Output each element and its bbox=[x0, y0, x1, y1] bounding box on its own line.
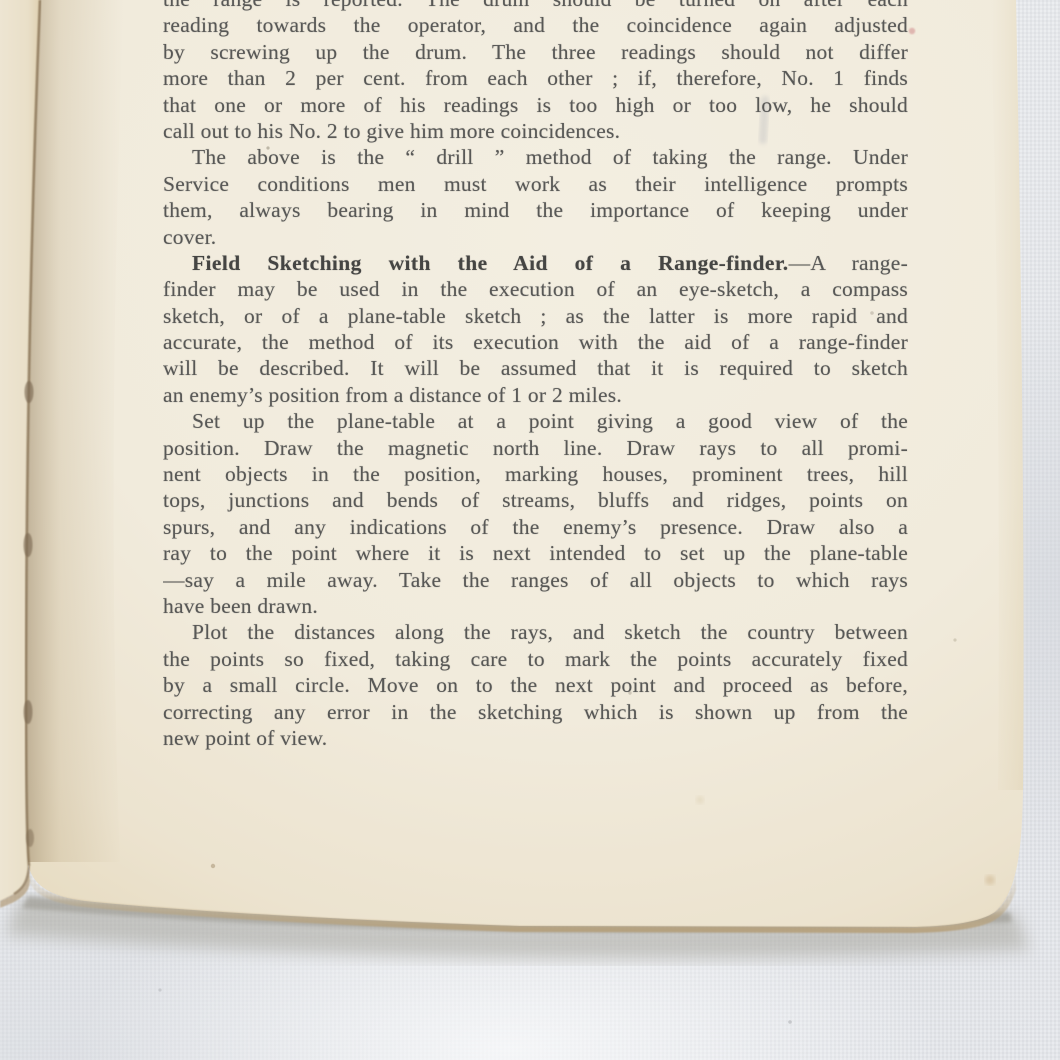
text-line: by screwing up the drum. The three readi… bbox=[163, 39, 908, 65]
text-line: Set up the plane-table at a point giving… bbox=[163, 408, 908, 434]
gutter-shading bbox=[26, 0, 124, 862]
text-line: finder may be used in the execution of a… bbox=[163, 276, 908, 302]
text-line: cover. bbox=[163, 224, 908, 250]
text-line: accurate, the method of its execution wi… bbox=[163, 329, 908, 355]
text-line: the range is reported. The drum should b… bbox=[163, 0, 908, 12]
pink-fiber-speck bbox=[909, 28, 915, 34]
page-text: the range is reported. The drum should b… bbox=[163, 0, 908, 751]
text-line: Plot the distances along the rays, and s… bbox=[163, 619, 908, 645]
page-foxing-spot bbox=[985, 875, 995, 885]
text-line: nent objects in the position, marking ho… bbox=[163, 461, 908, 487]
page-speck bbox=[953, 638, 956, 641]
text-line: position. Draw the magnetic north line. … bbox=[163, 435, 908, 461]
page-foxing-spot bbox=[696, 796, 704, 804]
text-line: tops, junctions and bends of streams, bl… bbox=[163, 487, 908, 513]
text-line: that one or more of his readings is too … bbox=[163, 92, 908, 118]
stitch-hole bbox=[24, 533, 33, 557]
text-line: ray to the point where it is next intend… bbox=[163, 540, 908, 566]
text-line: new point of view. bbox=[163, 725, 908, 751]
text-line: the points so fixed, taking care to mark… bbox=[163, 646, 908, 672]
text-line: Service conditions men must work as thei… bbox=[163, 171, 908, 197]
fabric-speck bbox=[788, 1020, 792, 1024]
fabric-speck bbox=[158, 988, 161, 991]
text-line: have been drawn. bbox=[163, 593, 908, 619]
text-line: correcting any error in the sketching wh… bbox=[163, 699, 908, 725]
text-line: more than 2 per cent. from each other ; … bbox=[163, 65, 908, 91]
text-line: spurs, and any indications of the enemy’… bbox=[163, 514, 908, 540]
text-line: —say a mile away. Take the ranges of all… bbox=[163, 567, 908, 593]
section-heading: Field Sketching with the Aid of a Range-… bbox=[192, 251, 789, 275]
page-speck bbox=[211, 864, 215, 868]
stitch-hole bbox=[25, 381, 34, 403]
text-line: call out to his No. 2 to give him more c… bbox=[163, 118, 908, 144]
text-line: will be described. It will be assumed th… bbox=[163, 355, 908, 381]
book-photo: the range is reported. The drum should b… bbox=[0, 0, 1060, 1060]
text-line: an enemy’s position from a distance of 1… bbox=[163, 382, 908, 408]
text-line: Field Sketching with the Aid of a Range-… bbox=[163, 250, 908, 276]
text-line: The above is the “ drill ” method of tak… bbox=[163, 144, 908, 170]
text-line: them, always bearing in mind the importa… bbox=[163, 197, 908, 223]
stitch-hole bbox=[26, 829, 34, 847]
text-line: sketch, or of a plane-table sketch ; as … bbox=[163, 303, 908, 329]
text-line: reading towards the operator, and the co… bbox=[163, 12, 908, 38]
text-line: by a small circle. Move on to the next p… bbox=[163, 672, 908, 698]
stitch-hole bbox=[24, 700, 33, 724]
